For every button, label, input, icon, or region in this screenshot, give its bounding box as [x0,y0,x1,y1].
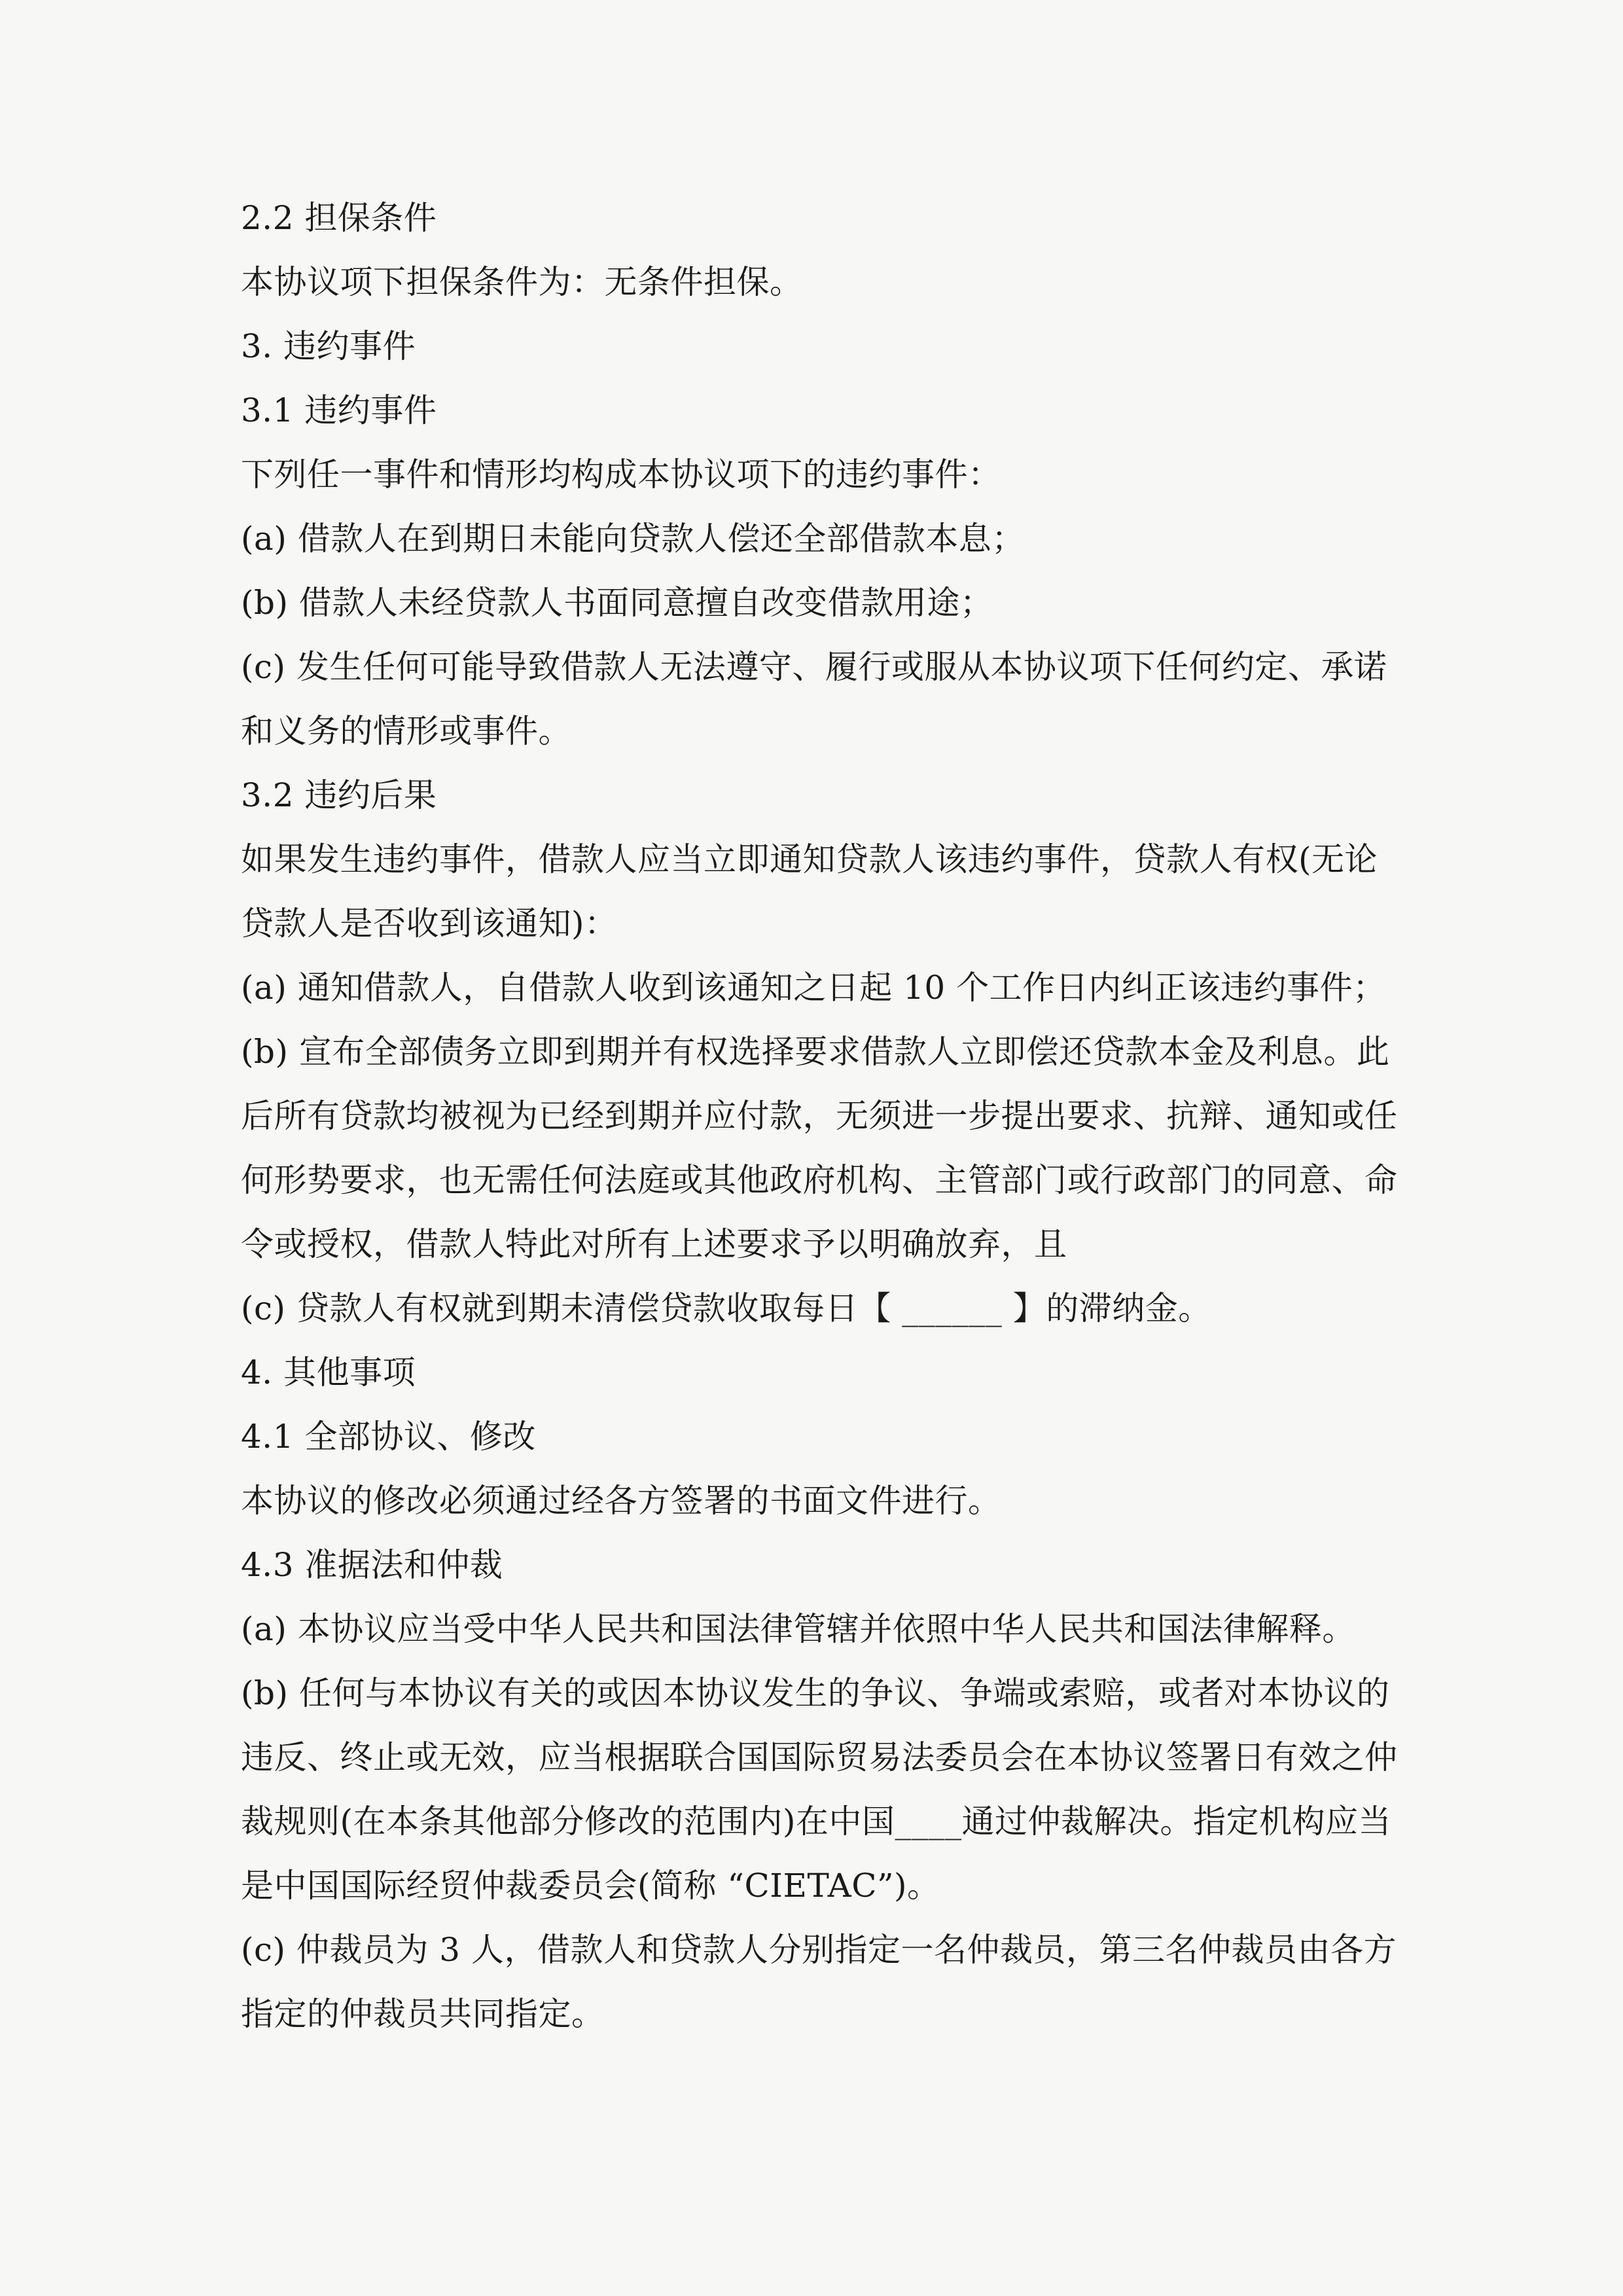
text-line: 和义务的情形或事件。 [241,699,1398,763]
text-line: (b) 借款人未经贷款人书面同意擅自改变借款用途； [241,571,1398,635]
text-line: 违反、终止或无效，应当根据联合国国际贸易法委员会在本协议签署日有效之仲 [241,1725,1398,1789]
text-line: 如果发生违约事件，借款人应当立即通知贷款人该违约事件，贷款人有权(无论 [241,827,1398,891]
text-line: 是中国国际经贸仲裁委员会(简称 “CIETAC”)。 [241,1854,1398,1918]
text-line: 贷款人是否收到该通知)： [241,891,1398,956]
text-line: 4.3 准据法和仲裁 [241,1533,1398,1597]
text-line: 指定的仲裁员共同指定。 [241,1982,1398,2046]
text-line: (a) 本协议应当受中华人民共和国法律管辖并依照中华人民共和国法律解释。 [241,1597,1398,1661]
text-line: 何形势要求，也无需任何法庭或其他政府机构、主管部门或行政部门的同意、命 [241,1148,1398,1212]
text-line: 令或授权，借款人特此对所有上述要求予以明确放弃，且 [241,1212,1398,1276]
text-line: 本协议项下担保条件为：无条件担保。 [241,250,1398,314]
text-line: 2.2 担保条件 [241,186,1398,250]
text-line: 3. 违约事件 [241,314,1398,378]
text-line: 后所有贷款均被视为已经到期并应付款，无须进一步提出要求、抗辩、通知或任 [241,1084,1398,1148]
document-text: 2.2 担保条件本协议项下担保条件为：无条件担保。3. 违约事件3.1 违约事件… [241,186,1398,2046]
text-line: (c) 贷款人有权就到期未清偿贷款收取每日【 ______ 】的滞纳金。 [241,1276,1398,1340]
text-line: 裁规则(在本条其他部分修改的范围内)在中国____通过仲裁解决。指定机构应当 [241,1789,1398,1854]
text-line: (a) 借款人在到期日未能向贷款人偿还全部借款本息； [241,507,1398,571]
text-line: (b) 任何与本协议有关的或因本协议发生的争议、争端或索赔，或者对本协议的 [241,1661,1398,1725]
text-line: (c) 仲裁员为 3 人，借款人和贷款人分别指定一名仲裁员，第三名仲裁员由各方 [241,1918,1398,1982]
text-line: 4.1 全部协议、修改 [241,1405,1398,1469]
text-line: (a) 通知借款人，自借款人收到该通知之日起 10 个工作日内纠正该违约事件； [241,956,1398,1020]
text-line: 4. 其他事项 [241,1340,1398,1405]
text-line: 下列任一事件和情形均构成本协议项下的违约事件： [241,442,1398,507]
text-line: 3.2 违约后果 [241,763,1398,827]
text-line: (b) 宣布全部债务立即到期并有权选择要求借款人立即偿还贷款本金及利息。此 [241,1020,1398,1084]
text-line: 3.1 违约事件 [241,378,1398,442]
contract-page: 2.2 担保条件本协议项下担保条件为：无条件担保。3. 违约事件3.1 违约事件… [0,0,1623,2296]
text-line: 本协议的修改必须通过经各方签署的书面文件进行。 [241,1469,1398,1533]
text-line: (c) 发生任何可能导致借款人无法遵守、履行或服从本协议项下任何约定、承诺 [241,635,1398,699]
